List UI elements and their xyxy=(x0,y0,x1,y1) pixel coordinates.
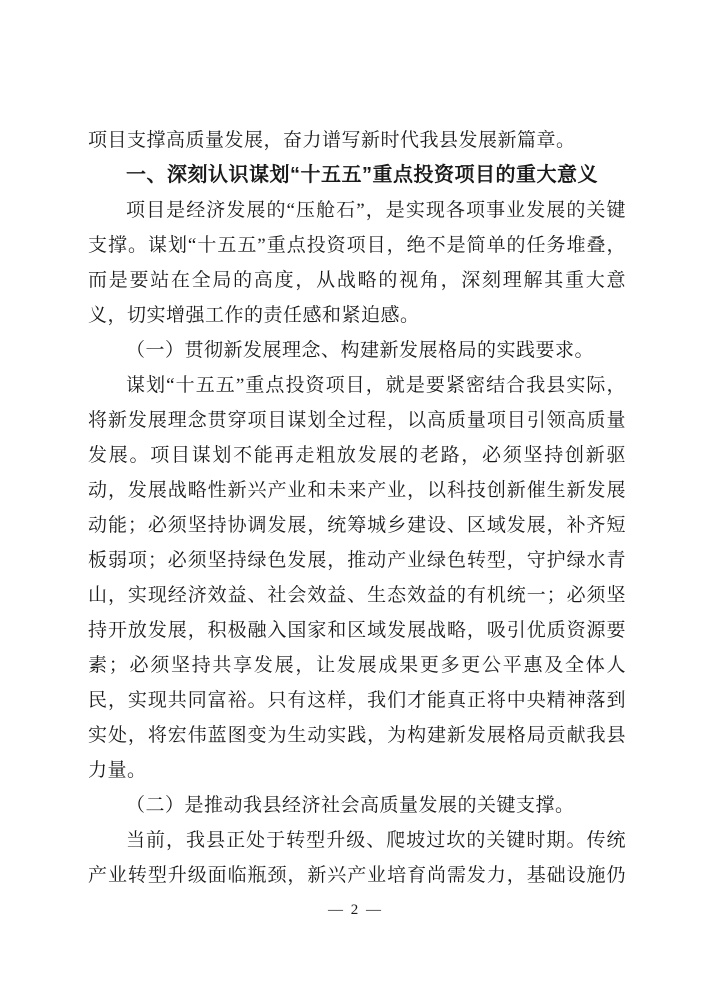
text-line: 山，实现经济效益、社会效益、生态效益的有机统一；必须坚 xyxy=(88,578,626,613)
subsection-heading-2: （二）是推动我县经济社会高质量发展的关键支撑。 xyxy=(88,788,626,823)
text-line: 产业转型升级面临瓶颈，新兴产业培育尚需发力，基础设施仍 xyxy=(88,858,626,893)
text-line: 持开放发展，积极融入国家和区域发展战略，吸引优质资源要 xyxy=(88,613,626,648)
text-line: 而是要站在全局的高度，从战略的视角，深刻理解其重大意 xyxy=(88,263,626,298)
text-line: 动，发展战略性新兴产业和未来产业，以科技创新催生新发展 xyxy=(88,473,626,508)
section-heading-1: 一、深刻认识谋划“十五五”重点投资项目的重大意义 xyxy=(88,158,626,193)
text-line: 将新发展理念贯穿项目谋划全过程，以高质量项目引领高质量 xyxy=(88,403,626,438)
text-line: 动能；必须坚持协调发展，统筹城乡建设、区域发展，补齐短 xyxy=(88,508,626,543)
text-line: 民，实现共同富裕。只有这样，我们才能真正将中央精神落到 xyxy=(88,683,626,718)
document-body: 项目支撑高质量发展，奋力谱写新时代我县发展新篇章。 一、深刻认识谋划“十五五”重… xyxy=(88,123,626,893)
text-line: 实处，将宏伟蓝图变为生动实践，为构建新发展格局贡献我县 xyxy=(88,718,626,753)
text-line: 谋划“十五五”重点投资项目，就是要紧密结合我县实际， xyxy=(88,368,626,403)
text-line: 发展。项目谋划不能再走粗放发展的老路，必须坚持创新驱 xyxy=(88,438,626,473)
page-number: — 2 — xyxy=(0,898,711,922)
text-line: 支撑。谋划“十五五”重点投资项目，绝不是简单的任务堆叠， xyxy=(88,228,626,263)
text-line: 当前，我县正处于转型升级、爬坡过坎的关键时期。传统 xyxy=(88,823,626,858)
text-line: 力量。 xyxy=(88,753,626,788)
subsection-heading-1: （一）贯彻新发展理念、构建新发展格局的实践要求。 xyxy=(88,333,626,368)
text-line: 板弱项；必须坚持绿色发展，推动产业绿色转型，守护绿水青 xyxy=(88,543,626,578)
text-line: 项目是经济发展的“压舱石”，是实现各项事业发展的关键 xyxy=(88,193,626,228)
document-page: 项目支撑高质量发展，奋力谱写新时代我县发展新篇章。 一、深刻认识谋划“十五五”重… xyxy=(0,0,711,1006)
paragraph-continuation-line: 项目支撑高质量发展，奋力谱写新时代我县发展新篇章。 xyxy=(88,123,626,158)
text-line: 素；必须坚持共享发展，让发展成果更多更公平惠及全体人 xyxy=(88,648,626,683)
text-line: 义，切实增强工作的责任感和紧迫感。 xyxy=(88,298,626,333)
